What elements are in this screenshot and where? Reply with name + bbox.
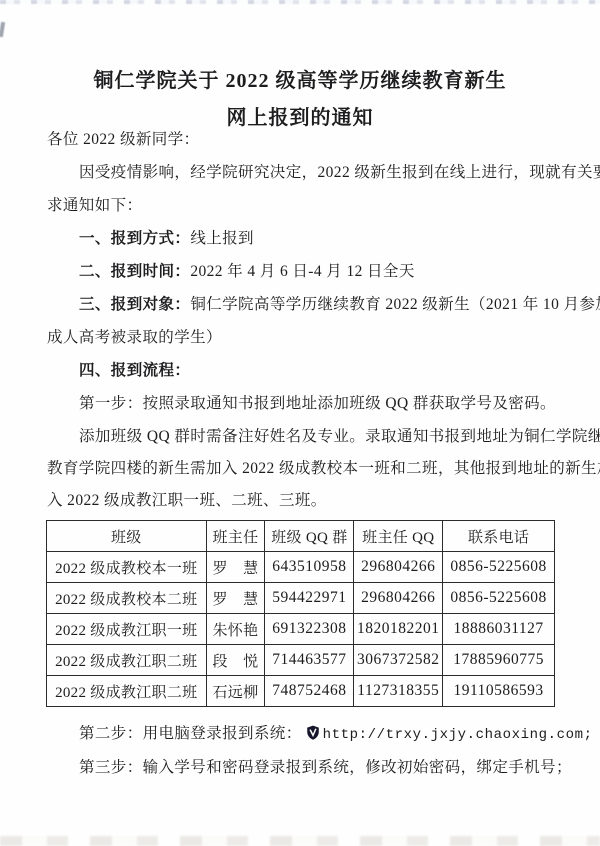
cell-teacher-qq: 296804266 [354,552,443,583]
registration-url: http://trxy.jxjy.chaoxing.com; [323,727,593,743]
step1-line: 第一步：按照录取通知书报到地址添加班级 QQ 群获取学号及密码。 [47,393,589,415]
cell-class: 2022 级成教江职一班 [47,614,207,645]
table-row: 2022 级成教校本一班 罗 慧 643510958 296804266 085… [47,552,555,583]
cell-class: 2022 级成教江职二班 [47,676,207,707]
scan-speck [0,22,5,37]
cell-class-qq: 643510958 [265,552,354,583]
item-report-target-label: 三、报到对象： [79,296,190,313]
note-line3: 入 2022 级成教江职一班、二班、三班。 [47,490,557,512]
scan-noise-bottom [0,836,600,846]
item-report-time-label: 二、报到时间： [79,263,190,280]
scanned-notice-page: 铜仁学院关于 2022 级高等学历继续教育新生 网上报到的通知 各位 2022 … [0,0,600,846]
note-line2: 教育学院四楼的新生需加入 2022 级成教校本一班和二班，其他报到地址的新生加 [47,458,557,480]
table-row: 2022 级成教校本二班 罗 慧 594422971 296804266 085… [47,583,555,614]
step1-label: 第一步： [79,395,143,412]
cell-phone: 0856-5225608 [443,583,555,614]
cell-class-qq: 748752468 [265,676,354,707]
item-report-target-line1: 三、报到对象：铜仁学院高等学历继续教育 2022 级新生（2021 年 10 月… [47,294,589,316]
col-header-phone: 联系电话 [443,521,555,552]
step3-text: 输入学号和密码登录报到系统，修改初始密码，绑定手机号； [143,759,572,776]
item-report-method-label: 一、报到方式： [79,230,190,247]
cell-teacher: 罗 慧 [206,552,265,583]
cell-teacher: 石远柳 [206,676,265,707]
col-header-teacher: 班主任 [206,521,265,552]
col-header-class-qq: 班级 QQ 群 [265,521,354,552]
cell-class-qq: 691322308 [265,614,354,645]
notice-title-line2: 网上报到的通知 [0,101,600,130]
step1-text: 按照录取通知书报到地址添加班级 QQ 群获取学号及密码。 [143,395,556,412]
col-header-teacher-qq: 班主任 QQ [354,521,443,552]
step2-label: 第二步： [79,725,143,742]
notice-title-line1: 铜仁学院关于 2022 级高等学历继续教育新生 [0,64,600,93]
cell-phone: 0856-5225608 [443,552,555,583]
cell-phone: 18886031127 [443,614,555,645]
salutation: 各位 2022 级新同学： [47,129,557,151]
item-report-process-label: 四、报到流程： [79,362,190,379]
table-row: 2022 级成教江职一班 朱怀艳 691322308 1820182201 18… [47,614,555,645]
item-report-time-text: 2022 年 4 月 6 日-4 月 12 日全天 [190,263,414,280]
cell-class: 2022 级成教校本二班 [47,583,207,614]
cell-teacher: 段 悦 [206,645,265,676]
cell-teacher-qq: 1820182201 [354,614,443,645]
cell-teacher-qq: 3067372582 [354,645,443,676]
table-header-row: 班级 班主任 班级 QQ 群 班主任 QQ 联系电话 [47,521,555,552]
table-row: 2022 级成教江职二班 段 悦 714463577 3067372582 17… [47,645,555,676]
cell-teacher: 朱怀艳 [206,614,265,645]
scan-noise-top [0,0,600,4]
class-contact-table: 班级 班主任 班级 QQ 群 班主任 QQ 联系电话 2022 级成教校本一班 … [46,520,555,707]
step3-line: 第三步：输入学号和密码登录报到系统，修改初始密码，绑定手机号； [47,757,589,779]
cell-class-qq: 714463577 [265,645,354,676]
cell-teacher-qq: 296804266 [354,583,443,614]
intro-line1: 因受疫情影响，经学院研究决定，2022 级新生报到在线上进行，现就有关要 [47,162,589,184]
item-report-target-line2: 成人高考被录取的学生） [47,327,557,349]
cell-phone: 19110586593 [443,676,555,707]
note-line1: 添加班级 QQ 群时需备注好姓名及专业。录取通知书报到地址为铜仁学院继续 [47,426,589,448]
item-report-process: 四、报到流程： [47,360,589,382]
item-report-method: 一、报到方式：线上报到 [47,228,589,250]
table-row: 2022 级成教江职二班 石远柳 748752468 1127318355 19… [47,676,555,707]
item-report-target-text: 铜仁学院高等学历继续教育 2022 级新生（2021 年 10 月参加 [190,296,600,313]
cell-teacher: 罗 慧 [206,583,265,614]
step2-text: 用电脑登录报到系统： [143,725,302,742]
cell-class-qq: 594422971 [265,583,354,614]
cell-phone: 17885960775 [443,645,555,676]
item-report-method-text: 线上报到 [190,230,254,247]
cell-teacher-qq: 1127318355 [354,676,443,707]
step2-line: 第二步：用电脑登录报到系统：http://trxy.jxjy.chaoxing.… [47,723,589,746]
col-header-class: 班级 [47,521,207,552]
cell-class: 2022 级成教校本一班 [47,552,207,583]
cell-class: 2022 级成教江职二班 [47,645,207,676]
shield-check-icon [306,725,320,740]
item-report-time: 二、报到时间：2022 年 4 月 6 日-4 月 12 日全天 [47,261,589,283]
intro-line2: 求通知如下： [47,195,557,217]
step3-label: 第三步： [79,759,143,776]
